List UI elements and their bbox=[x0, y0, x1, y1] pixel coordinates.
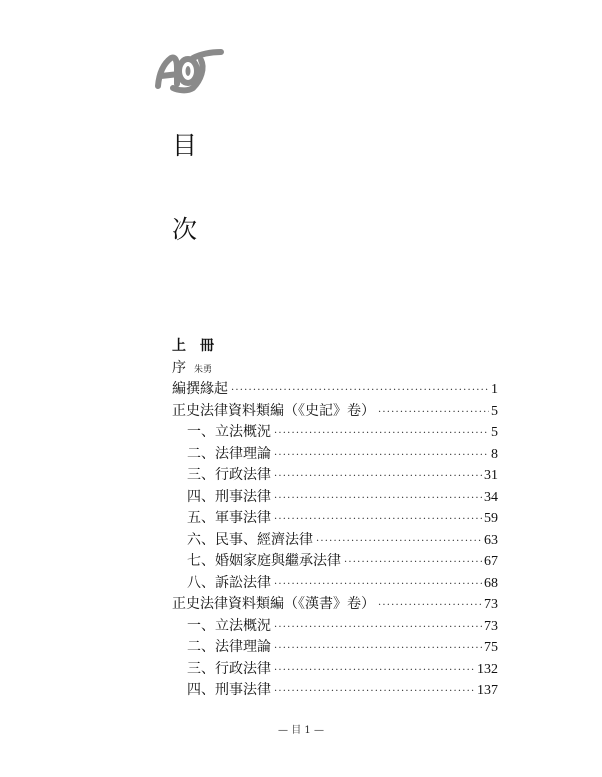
toc-entry-label: 八、訴訟法律 bbox=[187, 573, 271, 595]
leader-dots bbox=[274, 466, 482, 488]
toc-entry-label: 二、法律理論 bbox=[187, 637, 271, 659]
toc-entry[interactable]: 五、軍事法律 59 bbox=[172, 508, 498, 530]
volume-label-upper: 上 bbox=[172, 338, 186, 354]
toc-entry-label: 一、立法概況 bbox=[187, 422, 271, 444]
toc-entry-page: 34 bbox=[484, 487, 498, 509]
toc-preface[interactable]: 序朱勇 bbox=[172, 358, 498, 380]
toc-entry-page: 68 bbox=[484, 573, 498, 595]
leader-dots bbox=[378, 595, 482, 617]
toc-entry-page: 75 bbox=[484, 637, 498, 659]
leader-dots bbox=[274, 509, 482, 531]
volume-label: 上冊 bbox=[172, 336, 498, 358]
toc-entry[interactable]: 七、婚姻家庭與繼承法律 67 bbox=[172, 551, 498, 573]
leader-dots bbox=[274, 660, 475, 682]
toc-entry[interactable]: 二、法律理論 8 bbox=[172, 444, 498, 466]
leader-dots bbox=[274, 638, 482, 660]
volume-label-book: 冊 bbox=[200, 338, 214, 354]
toc-entry-label: 正史法律資料類編（《漢書》卷） bbox=[172, 594, 375, 616]
toc-entry[interactable]: 編撰緣起 1 bbox=[172, 379, 498, 401]
toc-entry[interactable]: 六、民事、經濟法律 63 bbox=[172, 530, 498, 552]
toc-entry-page: 137 bbox=[477, 680, 498, 702]
toc-entry-page: 73 bbox=[484, 616, 498, 638]
heading-char-ci: 次 bbox=[172, 210, 197, 246]
toc-entry-page: 5 bbox=[491, 401, 498, 423]
toc-entry-page: 63 bbox=[484, 530, 498, 552]
toc-entry-page: 73 bbox=[484, 594, 498, 616]
leader-dots bbox=[274, 423, 489, 445]
leader-dots bbox=[274, 445, 489, 467]
leader-dots bbox=[316, 531, 482, 553]
toc-entry-label: 四、刑事法律 bbox=[187, 680, 271, 702]
leader-dots bbox=[344, 552, 482, 574]
calligraphy-seal-logo-icon bbox=[153, 44, 225, 94]
toc-entry[interactable]: 二、法律理論 75 bbox=[172, 637, 498, 659]
toc-entry-label: 二、法律理論 bbox=[187, 444, 271, 466]
page-footer: — 目 1 — bbox=[0, 721, 602, 736]
leader-dots bbox=[274, 574, 482, 596]
toc-entry-label: 五、軍事法律 bbox=[187, 508, 271, 530]
toc-entry-label: 一、立法概況 bbox=[187, 616, 271, 638]
preface-author: 朱勇 bbox=[194, 365, 212, 375]
toc-entry-label: 編撰緣起 bbox=[172, 379, 228, 401]
leader-dots bbox=[231, 380, 489, 402]
toc-entry-page: 5 bbox=[491, 422, 498, 444]
table-of-contents: 上冊 序朱勇 編撰緣起 1 正史法律資料類編（《史記》卷） 5 一、立法概況 5… bbox=[172, 336, 498, 702]
toc-entry-page: 132 bbox=[477, 659, 498, 681]
toc-entry[interactable]: 一、立法概況 5 bbox=[172, 422, 498, 444]
toc-entry[interactable]: 一、立法概況 73 bbox=[172, 616, 498, 638]
leader-dots bbox=[274, 488, 482, 510]
toc-entry[interactable]: 正史法律資料類編（《史記》卷） 5 bbox=[172, 401, 498, 423]
toc-entry-page: 31 bbox=[484, 465, 498, 487]
toc-entry-label: 三、行政法律 bbox=[187, 465, 271, 487]
toc-entry-page: 1 bbox=[491, 379, 498, 401]
toc-entry[interactable]: 三、行政法律 132 bbox=[172, 659, 498, 681]
toc-entry-label: 四、刑事法律 bbox=[187, 487, 271, 509]
toc-entry[interactable]: 正史法律資料類編（《漢書》卷） 73 bbox=[172, 594, 498, 616]
leader-dots bbox=[274, 617, 482, 639]
toc-entry-page: 59 bbox=[484, 508, 498, 530]
toc-entry-label: 三、行政法律 bbox=[187, 659, 271, 681]
toc-entry-page: 67 bbox=[484, 551, 498, 573]
toc-entry-label: 六、民事、經濟法律 bbox=[187, 530, 313, 552]
preface-label: 序 bbox=[172, 360, 186, 376]
toc-entry[interactable]: 三、行政法律 31 bbox=[172, 465, 498, 487]
leader-dots bbox=[274, 681, 475, 703]
toc-entry[interactable]: 四、刑事法律 137 bbox=[172, 680, 498, 702]
heading-char-mu: 目 bbox=[172, 126, 197, 162]
toc-entry[interactable]: 八、訴訟法律 68 bbox=[172, 573, 498, 595]
toc-entry-page: 8 bbox=[491, 444, 498, 466]
leader-dots bbox=[378, 402, 489, 424]
toc-entry-label: 七、婚姻家庭與繼承法律 bbox=[187, 551, 341, 573]
toc-entry[interactable]: 四、刑事法律 34 bbox=[172, 487, 498, 509]
toc-entry-label: 正史法律資料類編（《史記》卷） bbox=[172, 401, 375, 423]
